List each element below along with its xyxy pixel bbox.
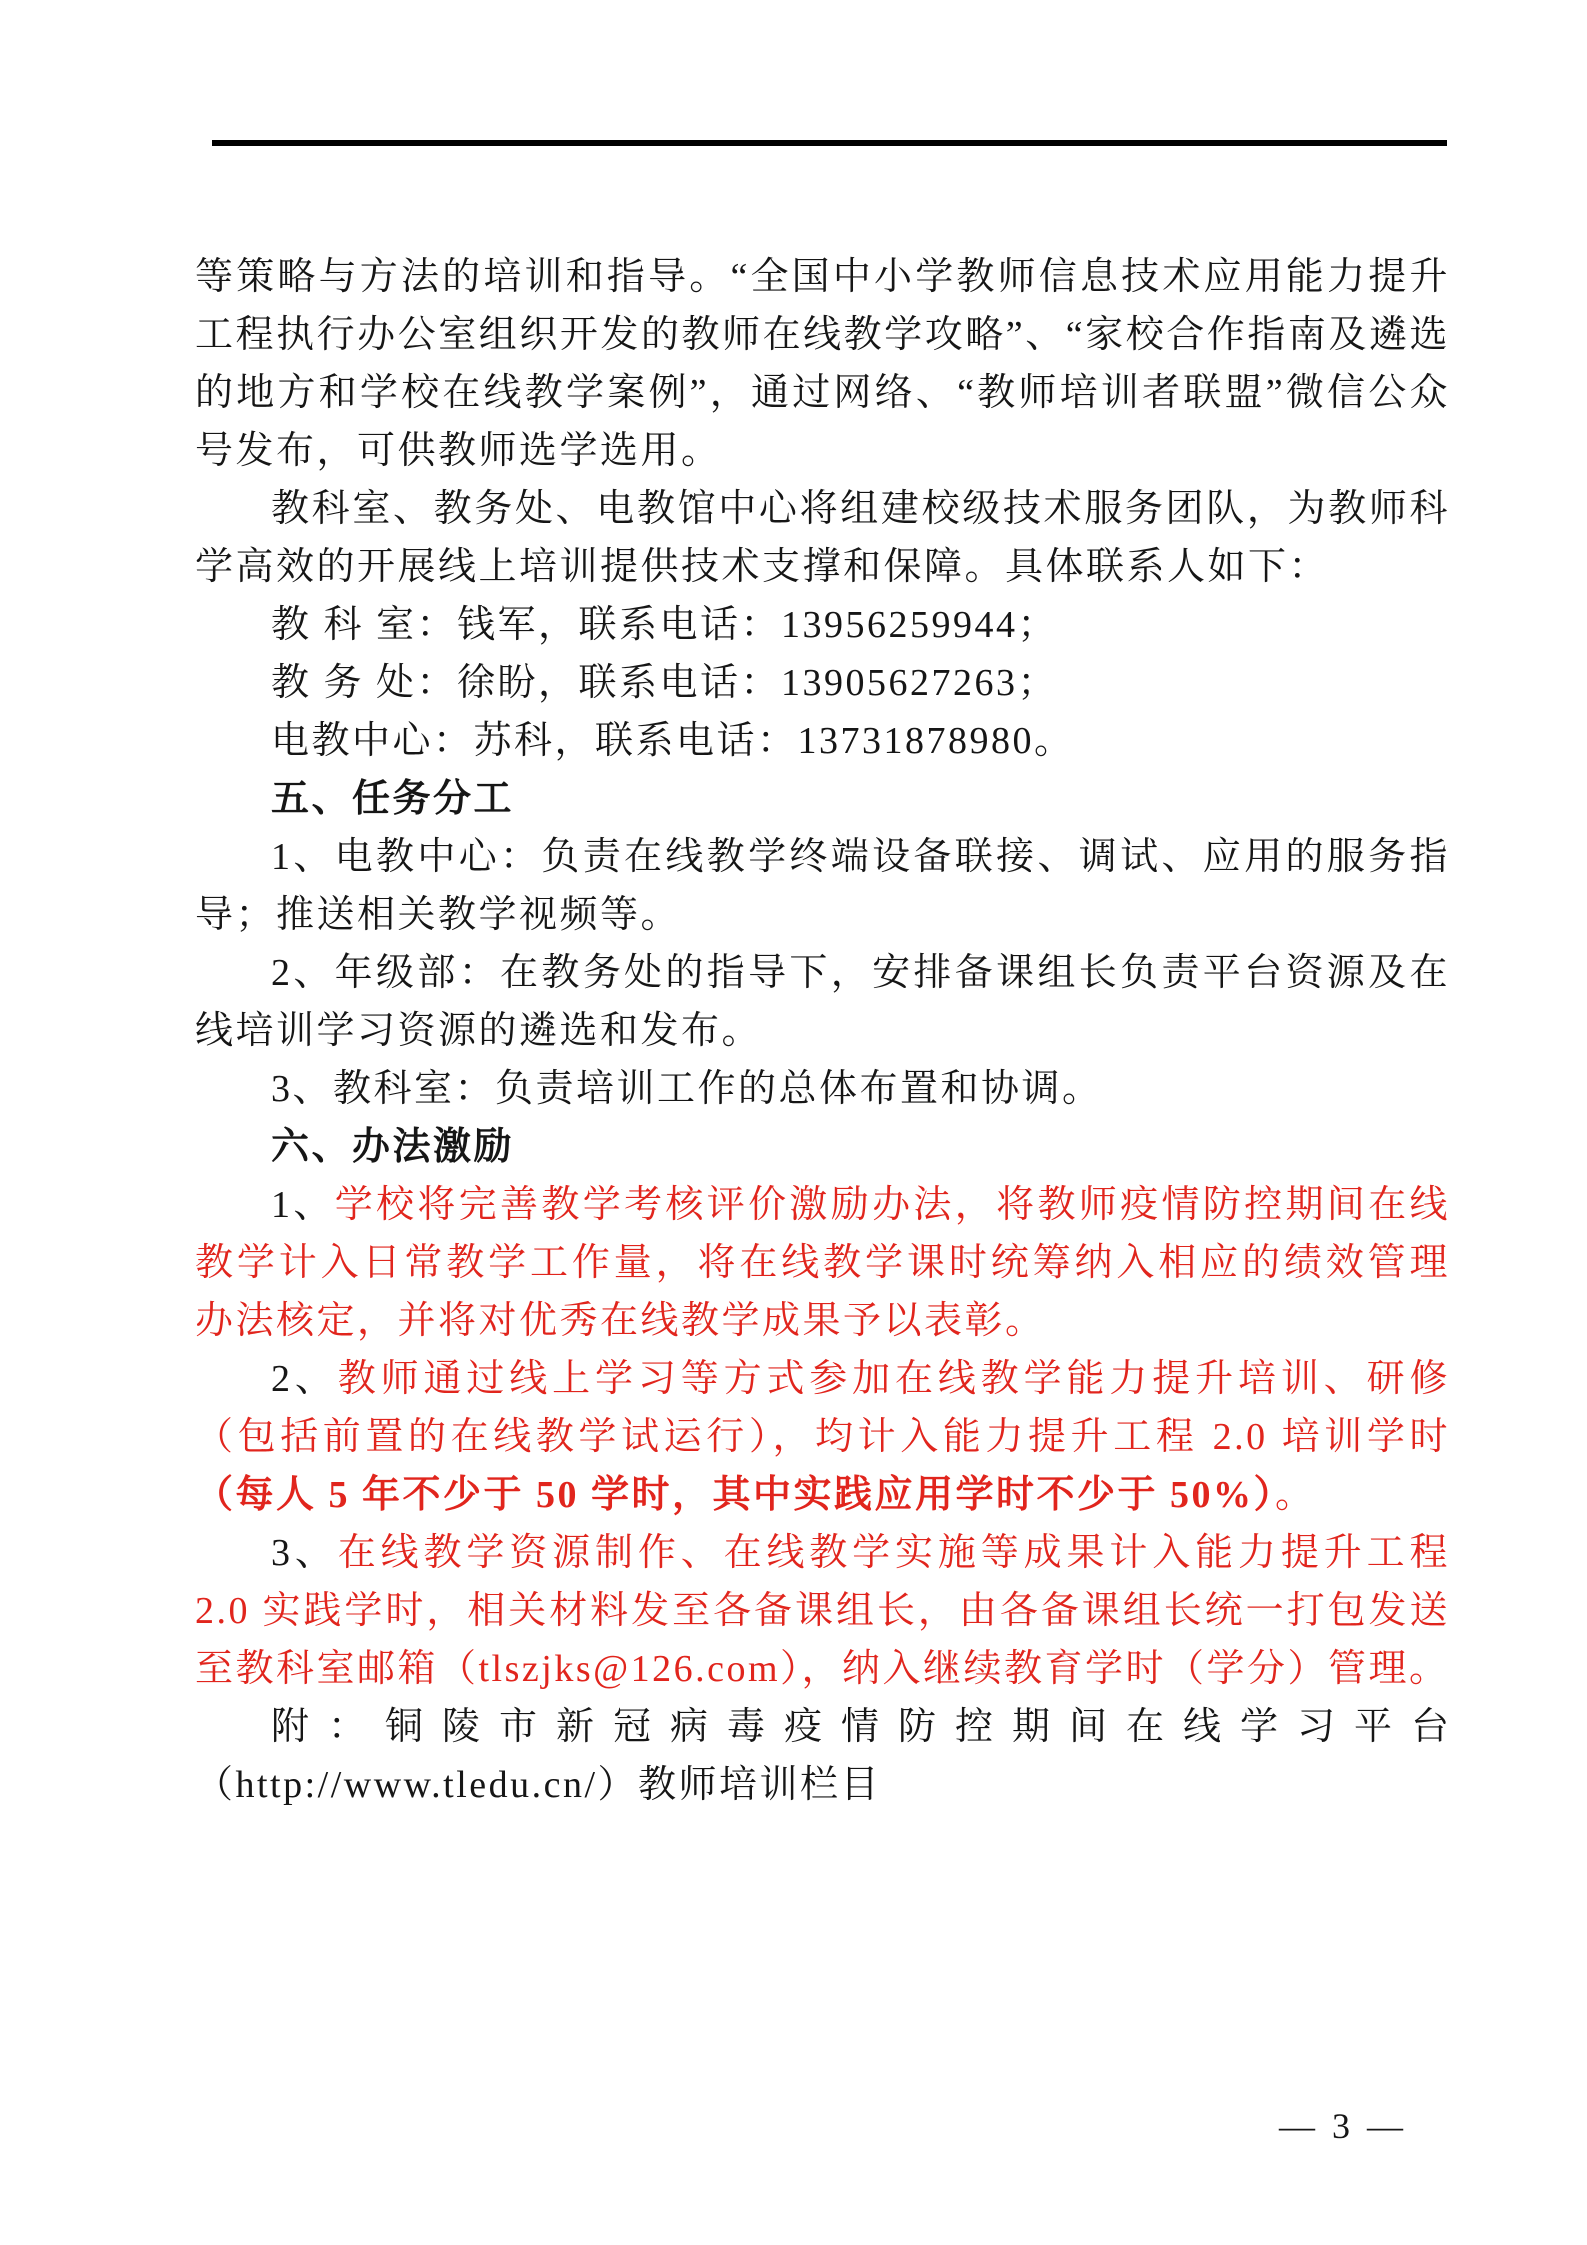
header-rule [212,140,1447,146]
paragraph-tech-support-team: 教科室、教务处、电教馆中心将组建校级技术服务团队，为教师科学高效的开展线上培训提… [195,480,1450,596]
item-2-bold-red-text: （每人 5 年不少于 50 学时，其中实践应用学时不少于 50%） [195,1474,1275,1516]
section-6-heading: 六、办法激励 [195,1118,1450,1176]
section-6-item-2: 2、教师通过线上学习等方式参加在线教学能力提升培训、研修（包括前置的在线教学试运… [195,1350,1450,1524]
item-2-red-text-tail: 。 [1275,1474,1316,1516]
document-page: 等策略与方法的培训和指导。“全国中小学教师信息技术应用能力提升工程执行办公室组织… [0,0,1587,2245]
section-5-heading: 五、任务分工 [195,770,1450,828]
item-1-number: 1、 [271,1184,335,1226]
item-3-number: 3、 [271,1532,338,1574]
section-5-item-2: 2、年级部：在教务处的指导下，安排备课组长负责平台资源及在线培训学习资源的遴选和… [195,944,1450,1060]
appendix-title-line: 附：铜陵市新冠病毒疫情防控期间在线学习平台 [195,1698,1450,1756]
section-5-item-1: 1、电教中心：负责在线教学终端设备联接、调试、应用的服务指导；推送相关教学视频等… [195,828,1450,944]
contact-line-jiaowuchu: 教 务 处：徐盼，联系电话：13905627263； [195,654,1450,712]
item-2-number: 2、 [271,1358,338,1400]
section-6-item-1: 1、学校将完善教学考核评价激励办法，将教师疫情防控期间在线教学计入日常教学工作量… [195,1176,1450,1350]
item-3-red-text: 在线教学资源制作、在线教学实施等成果计入能力提升工程 2.0 实践学时，相关材料… [195,1532,1450,1690]
page-number: — 3 — [1279,2105,1407,2147]
document-body: 等策略与方法的培训和指导。“全国中小学教师信息技术应用能力提升工程执行办公室组织… [195,248,1450,1814]
contact-line-dianjiaozhongxin: 电教中心：苏科，联系电话：13731878980。 [195,712,1450,770]
section-6-item-3: 3、在线教学资源制作、在线教学实施等成果计入能力提升工程 2.0 实践学时，相关… [195,1524,1450,1698]
appendix-url-line: （http://www.tledu.cn/）教师培训栏目 [195,1756,1450,1814]
contact-line-jiaokeshi: 教 科 室：钱军，联系电话：13956259944； [195,596,1450,654]
paragraph-continued-from-previous-page: 等策略与方法的培训和指导。“全国中小学教师信息技术应用能力提升工程执行办公室组织… [195,248,1450,480]
item-1-red-text: 学校将完善教学考核评价激励办法，将教师疫情防控期间在线教学计入日常教学工作量，将… [195,1184,1450,1342]
item-2-red-text: 教师通过线上学习等方式参加在线教学能力提升培训、研修（包括前置的在线教学试运行）… [195,1358,1450,1458]
section-5-item-3: 3、教科室：负责培训工作的总体布置和协调。 [195,1060,1450,1118]
